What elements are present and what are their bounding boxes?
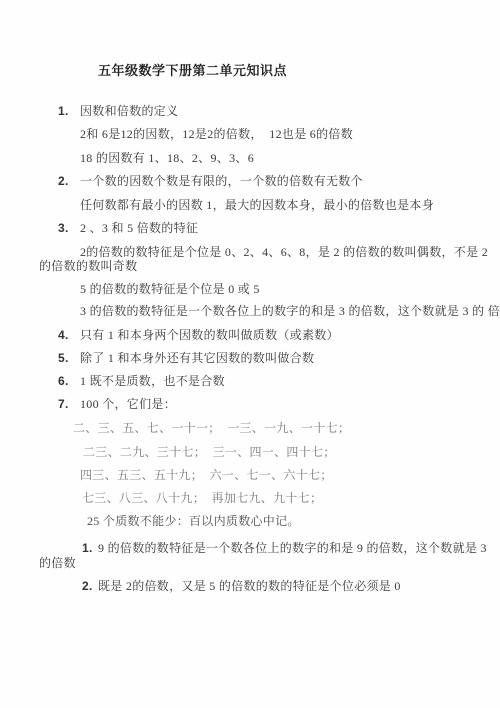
item-4: 4.只有 1 和本身两个因数的数叫做质数（或素数）: [58, 327, 462, 343]
item-number: 3.: [58, 220, 80, 236]
note-number: 1.: [82, 540, 98, 556]
multiples-of-5-rule: 5 的倍数的数特征是个位是 0 或 5: [80, 281, 462, 297]
item-7: 7.100 个，它们是：: [58, 396, 462, 412]
item-text: 2 、3 和 5 倍数的特征: [80, 221, 198, 235]
page-title: 五年级数学下册第二单元知识点: [98, 63, 462, 79]
note-number: 2.: [82, 578, 98, 594]
item-number: 1.: [58, 103, 80, 119]
prime-rhyme-line-1: 二、三、五、七、一十一； 一三、一九、一十七；: [73, 420, 462, 436]
multiples-of-3-rule: 3 的倍数的数特征是一个数各位上的数字的和是 3 的倍数，这个数就是 3 的 倍…: [80, 303, 462, 319]
item-6: 6.1 既不是质数，也不是合数: [58, 373, 462, 389]
prime-rhyme-line-4: 七三、八三、八十九； 再加七九、九十七；: [82, 490, 462, 506]
note-1: 1.9 的倍数的数特征是一个数各位上的数字的和是 9 的倍数，这个数就是 3: [82, 540, 462, 556]
item-text: 一个数的因数个数是有限的，一个数的倍数有无数个: [80, 174, 363, 188]
item-1-example: 2和 6是12的因数，12是2的倍数， 12也是 6的倍数: [80, 126, 462, 142]
item-1-factors-of-18: 18 的因数有 1、18、2、9、3、6: [80, 150, 462, 166]
item-text: 1 既不是质数，也不是合数: [80, 374, 225, 388]
item-1: 1.因数和倍数的定义: [58, 103, 462, 119]
item-number: 5.: [58, 350, 80, 366]
prime-rhyme-summary: 25 个质数不能少：百以内质数心中记。: [87, 513, 462, 529]
multiples-of-2-rule-line-2: 的倍数的数叫奇数: [39, 258, 462, 274]
item-2-note: 任何数都有最小的因数 1，最大的因数本身，最小的倍数也是本身: [80, 197, 462, 213]
note-2: 2.既是 2的倍数，又是 5 的倍数的数的特征是个位必须是 0: [82, 578, 462, 594]
item-number: 6.: [58, 373, 80, 389]
prime-rhyme-line-3: 四三、五三、五十九； 六一、七一、六十七；: [80, 467, 462, 483]
note-text: 既是 2的倍数，又是 5 的倍数的数的特征是个位必须是 0: [98, 579, 401, 593]
item-number: 4.: [58, 327, 80, 343]
item-3: 3.2 、3 和 5 倍数的特征: [58, 220, 462, 236]
item-text: 只有 1 和本身两个因数的数叫做质数（或素数）: [80, 328, 339, 342]
item-text: 因数和倍数的定义: [80, 104, 178, 118]
document-page: 五年级数学下册第二单元知识点 1.因数和倍数的定义 2和 6是12的因数，12是…: [0, 0, 500, 708]
item-text: 除了 1 和本身外还有其它因数的数叫做合数: [80, 351, 314, 365]
note-1-continuation: 的倍数: [39, 555, 462, 571]
note-text: 9 的倍数的数特征是一个数各位上的数字的和是 9 的倍数，这个数就是 3: [98, 541, 487, 555]
item-2: 2.一个数的因数个数是有限的，一个数的倍数有无数个: [58, 173, 462, 189]
item-number: 7.: [58, 396, 80, 412]
item-number: 2.: [58, 173, 80, 189]
item-5: 5.除了 1 和本身外还有其它因数的数叫做合数: [58, 350, 462, 366]
prime-rhyme-line-2: 二三、二九、三十七； 三一、四一、四十七；: [83, 444, 462, 460]
item-text: 100 个，它们是：: [80, 397, 176, 411]
